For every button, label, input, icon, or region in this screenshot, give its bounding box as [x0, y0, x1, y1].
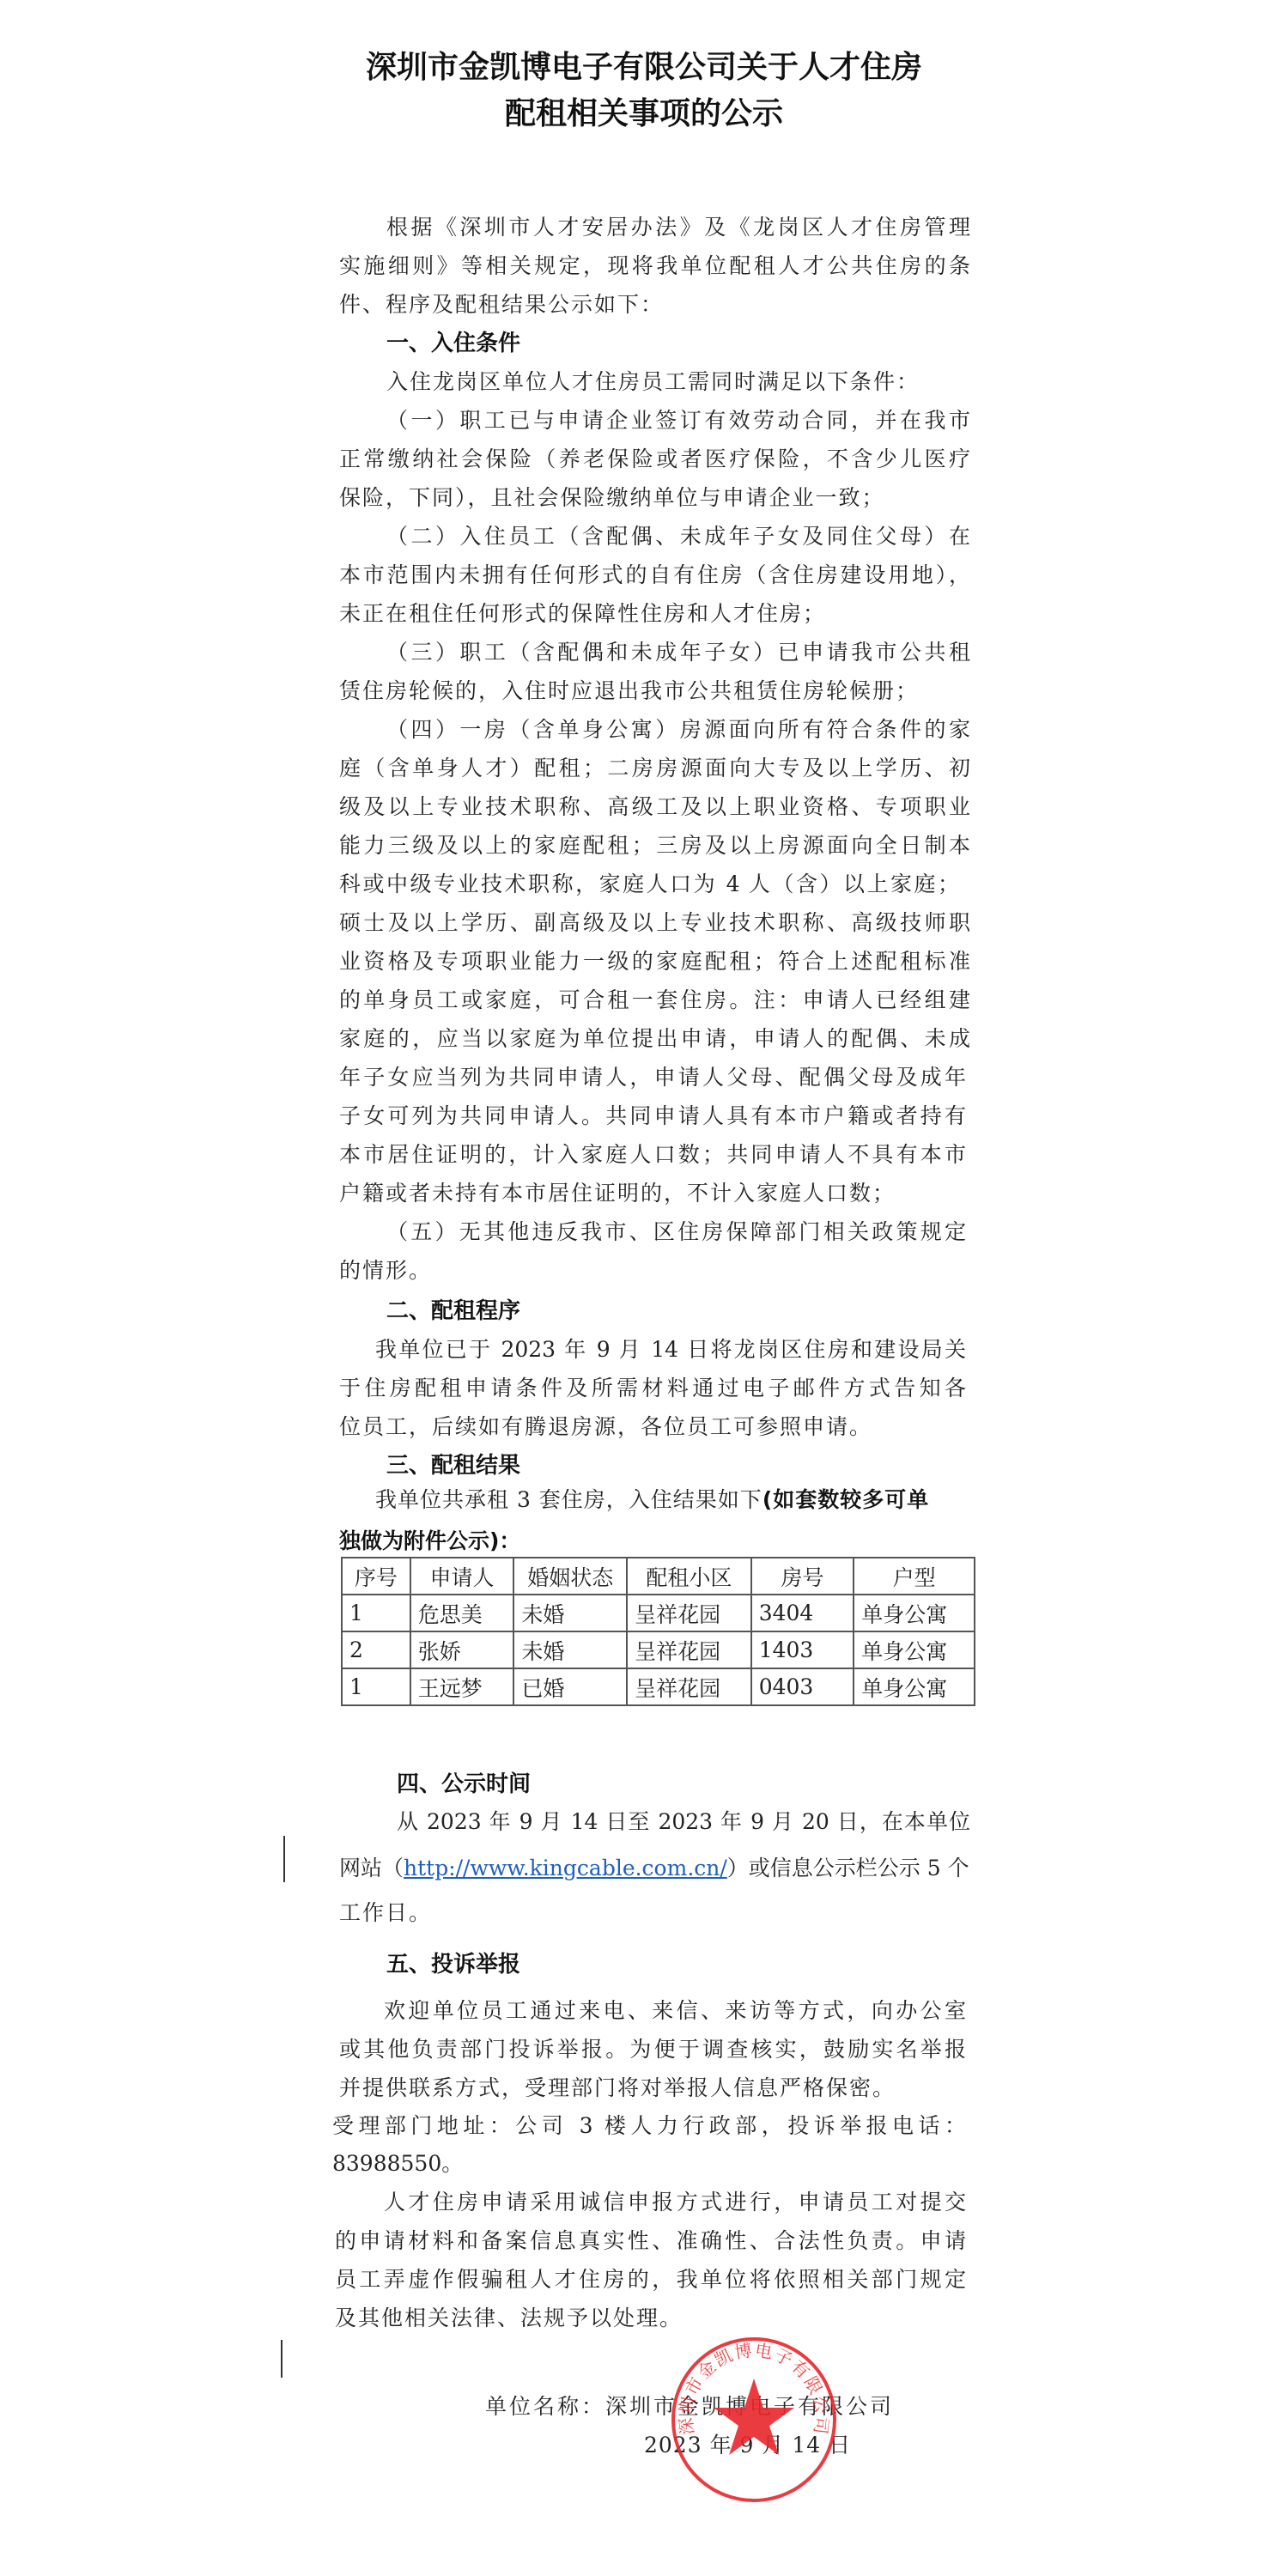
condition-line: 赁住房轮候的，入住时应退出我市公共租赁住房轮候册；: [339, 677, 919, 705]
section5-heading: 五、投诉举报: [386, 1951, 520, 1978]
section3-heading: 三、配租结果: [386, 1452, 520, 1479]
table-header-cell: 房号: [751, 1558, 854, 1595]
condition-line: 正常缴纳社会保险（养老保险或者医疗保险，不含少儿医疗: [339, 446, 970, 473]
section2-heading: 二、配租程序: [386, 1297, 520, 1325]
table-cell-room: 1403: [751, 1631, 854, 1668]
table-cell-type: 单身公寓: [854, 1668, 975, 1705]
condition-line: （五）无其他违反我市、区住房保障部门相关政策规定: [386, 1218, 966, 1246]
complaint-line: 或其他负责部门投诉举报。为便于调查核实，鼓励实名举报: [339, 2036, 966, 2063]
condition-line: 能力三级及以上的家庭配租；三房及以上房源面向全日制本: [339, 832, 970, 860]
table-cell-seq: 1: [342, 1595, 410, 1631]
publicity-line: 工作日。: [339, 1899, 432, 1927]
publicity-website-prefix: 网站（: [339, 1856, 404, 1880]
table-cell-seq: 2: [342, 1631, 410, 1668]
table-cell-community: 呈祥花园: [627, 1668, 751, 1705]
publicity-line: 从 2023 年 9 月 14 日至 2023 年 9 月 20 日，在本单位: [397, 1808, 970, 1836]
complaint-phone-line: 83988550。: [332, 2150, 463, 2178]
table-cell-room: 0403: [751, 1668, 854, 1705]
integrity-line: 的申请材料和备案信息真实性、准确性、合法性负责。申请: [335, 2227, 966, 2255]
table-cell-applicant: 张娇: [410, 1631, 514, 1668]
text-cursor-marker: [283, 1836, 285, 1882]
condition-line: （一）职工已与申请企业签订有效劳动合同，并在我市: [386, 407, 970, 434]
complaint-line: 欢迎单位员工通过来电、来信、来访等方式，向办公室: [384, 1997, 966, 2025]
publicity-website-suffix: ）或信息公示栏公示 5 个: [727, 1856, 969, 1880]
table-cell-type: 单身公寓: [854, 1595, 975, 1631]
table-cell-marital: 未婚: [513, 1595, 627, 1631]
condition-line: （三）职工（含配偶和未成年子女）已申请我市公共租: [386, 639, 970, 666]
table-row: 1 危思美 未婚 呈祥花园 3404 单身公寓: [342, 1595, 975, 1631]
condition-line: 科或中级专业技术职称，家庭人口为 4 人（含）以上家庭；: [339, 871, 959, 898]
condition-line: 硕士及以上学历、副高级及以上专业技术职称、高级技师职: [339, 909, 970, 937]
complaint-line: 并提供联系方式，受理部门将对举报人信息严格保密。: [339, 2075, 896, 2102]
condition-line: 的情形。: [339, 1257, 432, 1285]
table-header-cell: 序号: [342, 1558, 410, 1595]
intro-line: 实施细则》等相关规定，现将我单位配租人才公共住房的条: [339, 252, 970, 280]
table-cell-marital: 已婚: [513, 1668, 627, 1705]
intro-line: 件、程序及配租结果公示如下：: [339, 291, 664, 319]
condition-line: （二）入住员工（含配偶、未成年子女及同住父母）在: [386, 523, 970, 550]
allocation-result-table: 序号 申请人 婚姻状态 配租小区 房号 户型 1 危思美 未婚 呈祥花园 340…: [341, 1557, 975, 1706]
condition-line: 年子女应当列为共同申请人，申请人父母、配偶父母及成年: [339, 1064, 966, 1091]
section1-heading: 一、入住条件: [386, 330, 520, 357]
document-title-line2: 配租相关事项的公示: [0, 95, 1288, 133]
table-header-row: 序号 申请人 婚姻状态 配租小区 房号 户型: [342, 1558, 975, 1595]
procedure-line: 位员工，后续如有腾退房源，各位员工可参照申请。: [339, 1413, 872, 1441]
company-seal-icon: 深圳市金凯博电子有限公司: [670, 2336, 838, 2504]
condition-line: 业资格及专项职业能力一级的家庭配租；符合上述配租标准: [339, 948, 970, 975]
company-website-link[interactable]: http://www.kingcable.com.cn/: [404, 1856, 727, 1880]
document-title-line1: 深圳市金凯博电子有限公司关于人才住房: [0, 49, 1288, 87]
condition-line: 本市居住证明的，计入家庭人口数；共同申请人不具有本市: [339, 1141, 966, 1169]
table-cell-seq: 1: [342, 1668, 410, 1705]
condition-line: 子女可列为共同申请人。共同申请人具有本市户籍或者持有: [339, 1103, 966, 1130]
complaint-address-line: 受理部门地址：公司 3 楼人力行政部，投诉举报电话：: [332, 2112, 966, 2140]
procedure-line: 于住房配租申请条件及所需材料通过电子邮件方式告知各: [339, 1375, 966, 1402]
document-page: 深圳市金凯博电子有限公司关于人才住房 配租相关事项的公示 根据《深圳市人才安居办…: [0, 0, 1288, 2576]
result-intro-note-cont: 独做为附件公示)：: [339, 1528, 520, 1555]
integrity-line: 员工弄虚作假骗租人才住房的，我单位将依照相关部门规定: [335, 2266, 966, 2293]
table-row: 2 张娇 未婚 呈祥花园 1403 单身公寓: [342, 1631, 975, 1668]
publicity-line: 网站（http://www.kingcable.com.cn/）或信息公示栏公示…: [339, 1855, 969, 1882]
table-header-cell: 配租小区: [627, 1558, 751, 1595]
condition-line: 未正在租住任何形式的保障性住房和人才住房；: [339, 600, 826, 628]
condition-line: 庭（含单身人才）配租；二房房源面向大专及以上学历、初: [339, 755, 970, 782]
table-cell-community: 呈祥花园: [627, 1595, 751, 1631]
condition-line: 级及以上专业技术职称、高级工及以上职业资格、专项职业: [339, 793, 970, 821]
section1-lead: 入住龙岗区单位人才住房员工需同时满足以下条件：: [386, 368, 920, 396]
condition-line: 家庭的，应当以家庭为单位提出申请，申请人的配偶、未成: [339, 1025, 970, 1053]
condition-line: 户籍或者未持有本市居住证明的，不计入家庭人口数；: [339, 1180, 896, 1207]
table-cell-marital: 未婚: [513, 1631, 627, 1668]
result-intro-note: (如套数较多可单: [762, 1487, 929, 1512]
table-cell-applicant: 危思美: [410, 1595, 514, 1631]
table-cell-applicant: 王远梦: [410, 1668, 514, 1705]
intro-line: 根据《深圳市人才安居办法》及《龙岗区人才住房管理: [386, 214, 970, 241]
result-intro-line: 我单位共承租 3 套住房，入住结果如下(如套数较多可单: [375, 1486, 929, 1514]
procedure-line: 我单位已于 2023 年 9 月 14 日将龙岗区住房和建设局关: [375, 1336, 966, 1364]
condition-line: 保险，下同），且社会保险缴纳单位与申请企业一致；: [339, 484, 885, 512]
result-intro-text: 我单位共承租 3 套住房，入住结果如下: [375, 1487, 762, 1512]
section4-heading: 四、公示时间: [397, 1771, 531, 1798]
condition-line: （四）一房（含单身公寓）房源面向所有符合条件的家: [386, 716, 970, 744]
table-cell-room: 3404: [751, 1595, 854, 1631]
table-header-cell: 婚姻状态: [513, 1558, 627, 1595]
table-row: 1 王远梦 已婚 呈祥花园 0403 单身公寓: [342, 1668, 975, 1705]
table-cell-community: 呈祥花园: [627, 1631, 751, 1668]
condition-line: 的单身员工或家庭，可合租一套住房。注：申请人已经组建: [339, 987, 970, 1014]
condition-line: 本市范围内未拥有任何形式的自有住房（含住房建设用地），: [339, 562, 970, 589]
table-cell-type: 单身公寓: [854, 1631, 975, 1668]
integrity-line: 及其他相关法律、法规予以处理。: [335, 2305, 683, 2332]
integrity-line: 人才住房申请采用诚信申报方式进行，申请员工对提交: [384, 2189, 966, 2216]
table-header-cell: 户型: [854, 1558, 975, 1595]
table-header-cell: 申请人: [410, 1558, 514, 1595]
text-cursor-marker: [281, 2340, 283, 2378]
